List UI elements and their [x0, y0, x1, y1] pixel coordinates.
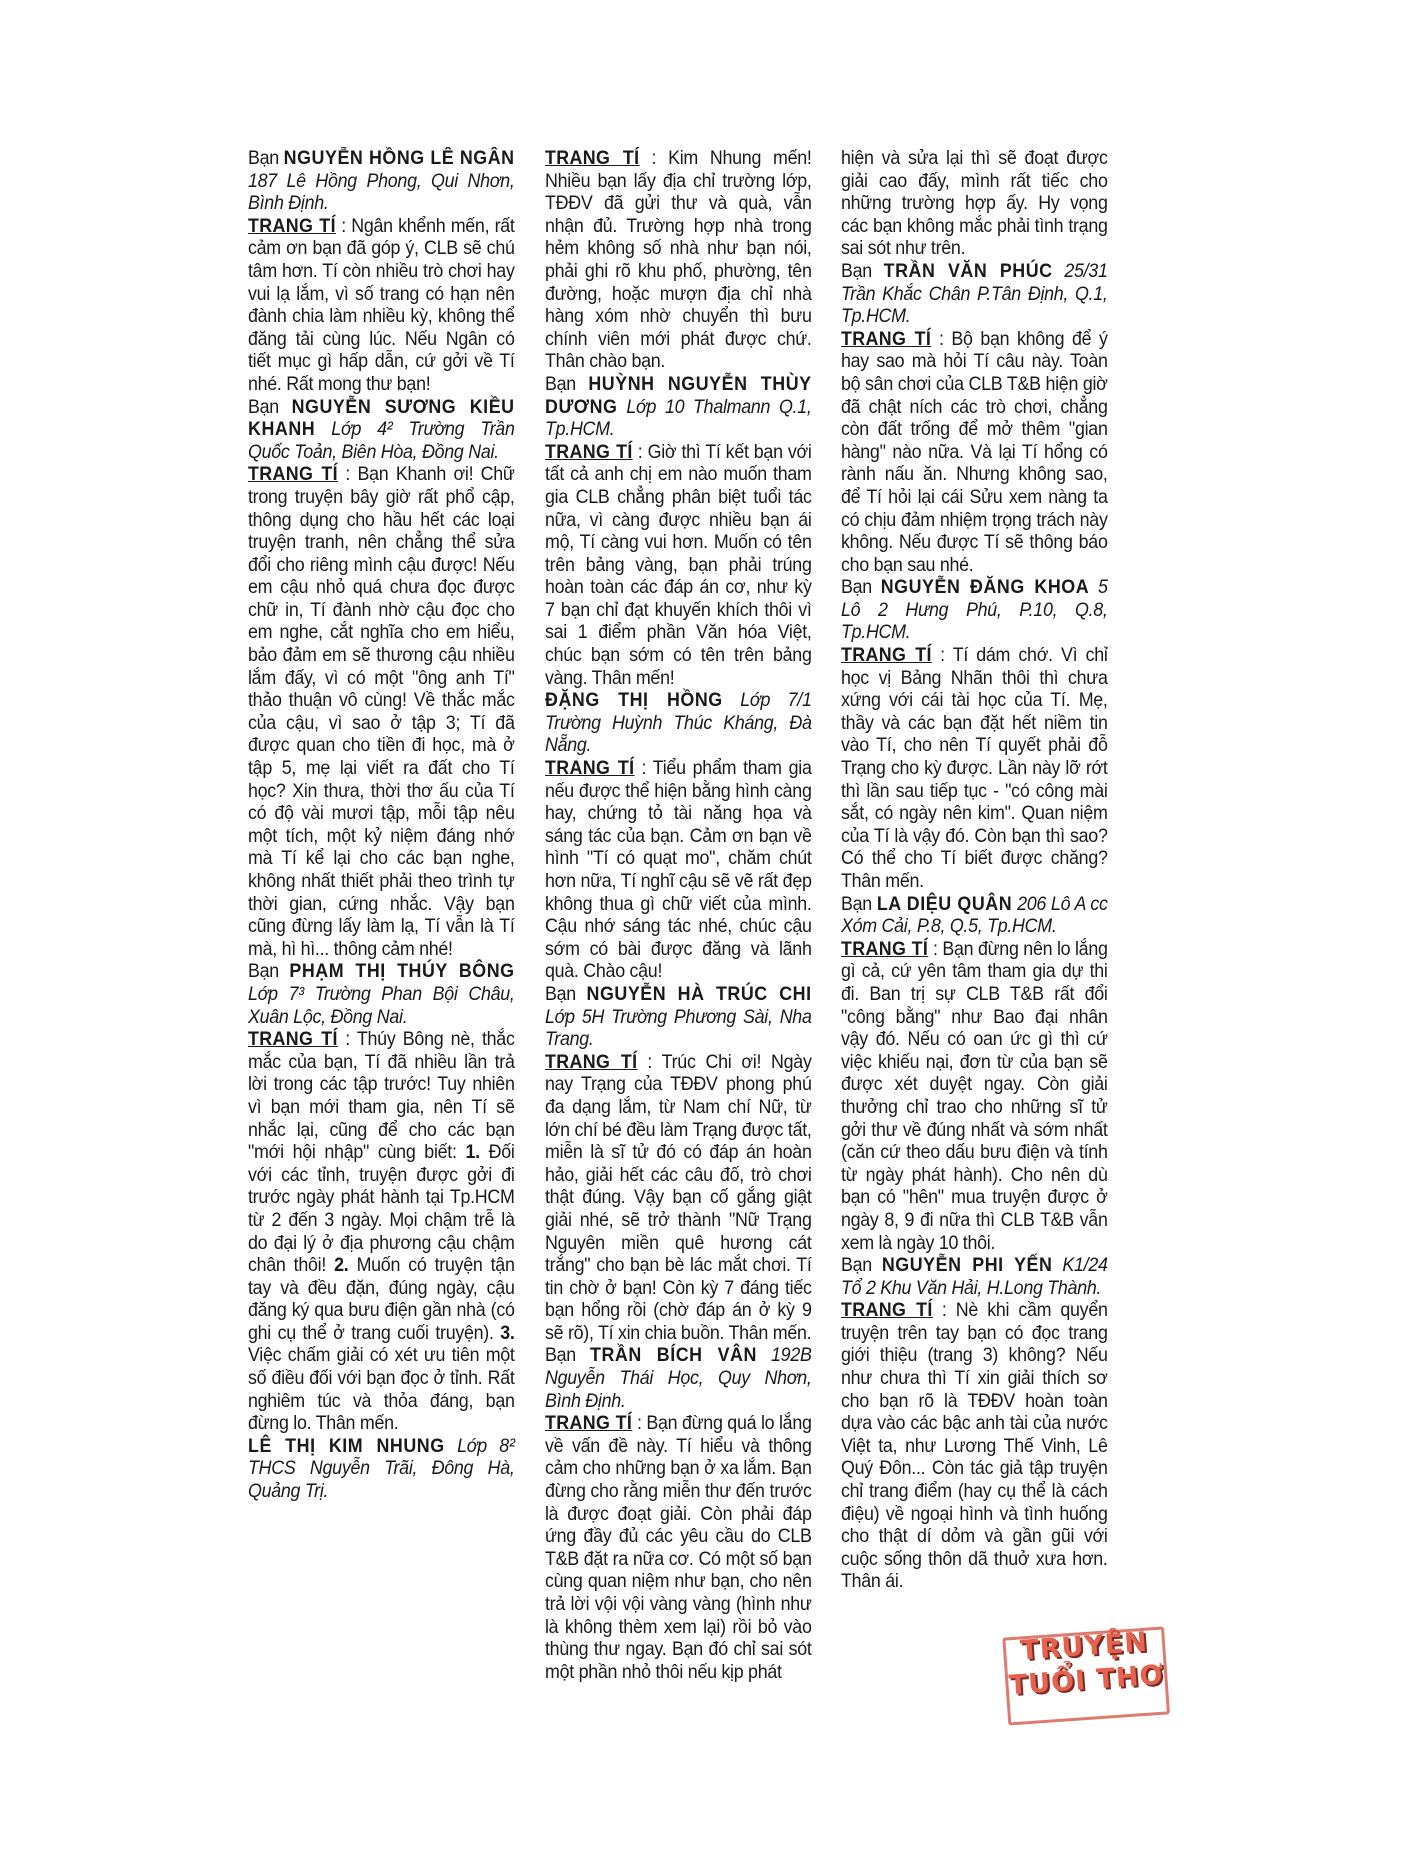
reply-text: Tí dám chớ. Vì chỉ học vị Bảng Nhãn thôi… [841, 645, 1108, 892]
reply: TRANG TÍ : Giờ thì Tí kết bạn với tất cả… [545, 442, 812, 691]
column-1: Bạn NGUYỄN HỒNG LÊ NGÂN 187 Lê Hồng Phon… [248, 148, 515, 1708]
reply-text: Bạn Khanh ơi! Chữ trong truyện bây giờ r… [248, 464, 515, 959]
reply: TRANG TÍ : Nè khi cầm quyển truyện trên … [841, 1300, 1108, 1594]
reader-name: NGUYỄN PHI YẾN [882, 1255, 1053, 1276]
reply-text: Kim Nhung mến! Nhiều bạn lấy địa chỉ trư… [545, 148, 812, 372]
letter-entry: Bạn NGUYỄN ĐĂNG KHOA 5 Lô 2 Hưng Phú, P.… [841, 577, 1108, 645]
logo-frame [1002, 1626, 1170, 1725]
reply: TRANG TÍ : Bộ bạn không để ý hay sao mà … [841, 329, 1108, 578]
entry-prefix: Bạn [545, 374, 588, 395]
reader-name: PHẠM THỊ THÚY BÔNG [289, 961, 514, 982]
reply: TRANG TÍ : Bạn đừng quá lo lắng về vấn đ… [545, 1413, 812, 1684]
reader-name: NGUYỄN ĐĂNG KHOA [881, 577, 1089, 598]
reader-name: ĐẶNG THỊ HỒNG [545, 690, 723, 711]
text-columns: Bạn NGUYỄN HỒNG LÊ NGÂN 187 Lê Hồng Phon… [248, 148, 1128, 1708]
reply-tag: TRANG TÍ [841, 939, 928, 960]
column-3: hiện và sửa lại thì sẽ đoạt được giải ca… [841, 148, 1108, 1708]
reader-name: NGUYỄN HÀ TRÚC CHI [586, 984, 811, 1005]
reply-text: Bạn đừng nên lo lắng gì cả, cứ yên tâm t… [841, 939, 1108, 1254]
reply: TRANG TÍ : Tiểu phẩm tham gia nếu được t… [545, 758, 812, 984]
point-number: 3. [500, 1323, 514, 1344]
reply-tag: TRANG TÍ [545, 148, 639, 169]
reply-tag: TRANG TÍ [545, 442, 633, 463]
reply-text: Tiểu phẩm tham gia nếu được thể hiện bằn… [545, 758, 812, 982]
reader-name: NGUYỄN HỒNG LÊ NGÂN [284, 148, 515, 169]
letter-entry: Bạn PHẠM THỊ THÚY BÔNG Lớp 7³ Trường Pha… [248, 961, 515, 1029]
point-number: 2. [334, 1255, 348, 1276]
reply: TRANG TÍ : Kim Nhung mến! Nhiều bạn lấy … [545, 148, 812, 374]
reply-tag: TRANG TÍ [248, 464, 338, 485]
reply: TRANG TÍ : Ngân khểnh mến, rất cảm ơn bạ… [248, 216, 515, 397]
reader-name: TRẦN VĂN PHÚC [884, 261, 1053, 282]
truyen-tuoi-tho-logo: TRUYỆN TUỔI THƠ [1002, 1624, 1170, 1723]
entry-prefix: Bạn [248, 148, 284, 169]
letter-entry: Bạn NGUYỄN HÀ TRÚC CHI Lớp 5H Trường Phư… [545, 984, 812, 1052]
continued-text: hiện và sửa lại thì sẽ đoạt được giải ca… [841, 148, 1108, 261]
reply-text: Ngân khểnh mến, rất cảm ơn bạn đã góp ý,… [248, 216, 515, 395]
reply-text: Giờ thì Tí kết bạn với tất cả anh chị em… [545, 442, 812, 689]
reply-tag: TRANG TÍ [545, 758, 635, 779]
letter-entry: Bạn NGUYỄN PHI YẾN K1/24 Tổ 2 Khu Văn Hả… [841, 1255, 1108, 1300]
point-number: 1. [465, 1142, 479, 1163]
entry-prefix: Bạn [841, 261, 884, 282]
reply-tag: TRANG TÍ [545, 1413, 632, 1434]
reply-tag: TRANG TÍ [841, 645, 932, 666]
column-2: TRANG TÍ : Kim Nhung mến! Nhiều bạn lấy … [545, 148, 812, 1708]
entry-prefix: Bạn [841, 894, 877, 915]
reader-address: 187 Lê Hồng Phong, Qui Nhơn, Bình Định. [248, 171, 515, 215]
reply-tag: TRANG TÍ [841, 1300, 933, 1321]
reader-name: LA DIỆU QUÂN [877, 894, 1012, 915]
entry-prefix: Bạn [545, 1345, 590, 1366]
entry-prefix: Bạn [545, 984, 587, 1005]
reply-tag: TRANG TÍ [248, 1029, 338, 1050]
reply: TRANG TÍ : Thúy Bông nè, thắc mắc của bạ… [248, 1029, 515, 1436]
letter-entry: Bạn NGUYỄN HỒNG LÊ NGÂN 187 Lê Hồng Phon… [248, 148, 515, 216]
reply-text: Bộ bạn không để ý hay sao mà hỏi Tí câu … [841, 329, 1108, 576]
reader-name: TRẦN BÍCH VÂN [590, 1345, 757, 1366]
reply-tag: TRANG TÍ [248, 216, 336, 237]
reply: TRANG TÍ : Bạn đừng nên lo lắng gì cả, c… [841, 939, 1108, 1255]
letter-entry: Bạn TRẦN VĂN PHÚC 25/31 Trần Khắc Chân P… [841, 261, 1108, 329]
reply-tag: TRANG TÍ [841, 329, 931, 350]
letter-entry: Bạn TRẦN BÍCH VÂN 192B Nguyễn Thái Học, … [545, 1345, 812, 1413]
reply-text: Việc chấm giải có xét ưu tiên một số điề… [248, 1345, 515, 1434]
reply: TRANG TÍ : Trúc Chi ơi! Ngày nay Trạng c… [545, 1052, 812, 1346]
entry-prefix: Bạn [841, 1255, 882, 1276]
entry-prefix: Bạn [841, 577, 881, 598]
letter-entry: Bạn LA DIỆU QUÂN 206 Lô A cc Xóm Cải, P.… [841, 894, 1108, 939]
reply: TRANG TÍ : Tí dám chớ. Vì chỉ học vị Bản… [841, 645, 1108, 894]
reply: TRANG TÍ : Bạn Khanh ơi! Chữ trong truyệ… [248, 464, 515, 961]
reader-address: Lớp 7³ Trường Phan Bội Châu, Xuân Lộc, Đ… [248, 984, 515, 1028]
letter-entry: Bạn NGUYỄN SƯƠNG KIỀU KHANH Lớp 4² Trườn… [248, 397, 515, 465]
entry-prefix: Bạn [248, 961, 289, 982]
scanned-page: Bạn NGUYỄN HỒNG LÊ NGÂN 187 Lê Hồng Phon… [0, 0, 1404, 1872]
entry-prefix: Bạn [248, 397, 292, 418]
letter-entry: ĐẶNG THỊ HỒNG Lớp 7/1 Trường Huỳnh Thúc … [545, 690, 812, 758]
letter-entry: LÊ THỊ KIM NHUNG Lớp 8² THCS Nguyễn Trãi… [248, 1436, 515, 1504]
reply-tag: TRANG TÍ [545, 1052, 637, 1073]
reply-text: Trúc Chi ơi! Ngày nay Trạng của TĐĐV pho… [545, 1052, 812, 1344]
reply-text: Bạn đừng quá lo lắng về vấn đề này. Tí h… [545, 1413, 812, 1683]
reader-name: LÊ THỊ KIM NHUNG [248, 1436, 445, 1457]
reply-text: Nè khi cầm quyển truyện trên tay bạn có … [841, 1300, 1108, 1592]
letter-entry: Bạn HUỲNH NGUYỄN THÙY DƯƠNG Lớp 10 Thalm… [545, 374, 812, 442]
reader-address: Lớp 5H Trường Phương Sài, Nha Trang. [545, 1007, 812, 1051]
